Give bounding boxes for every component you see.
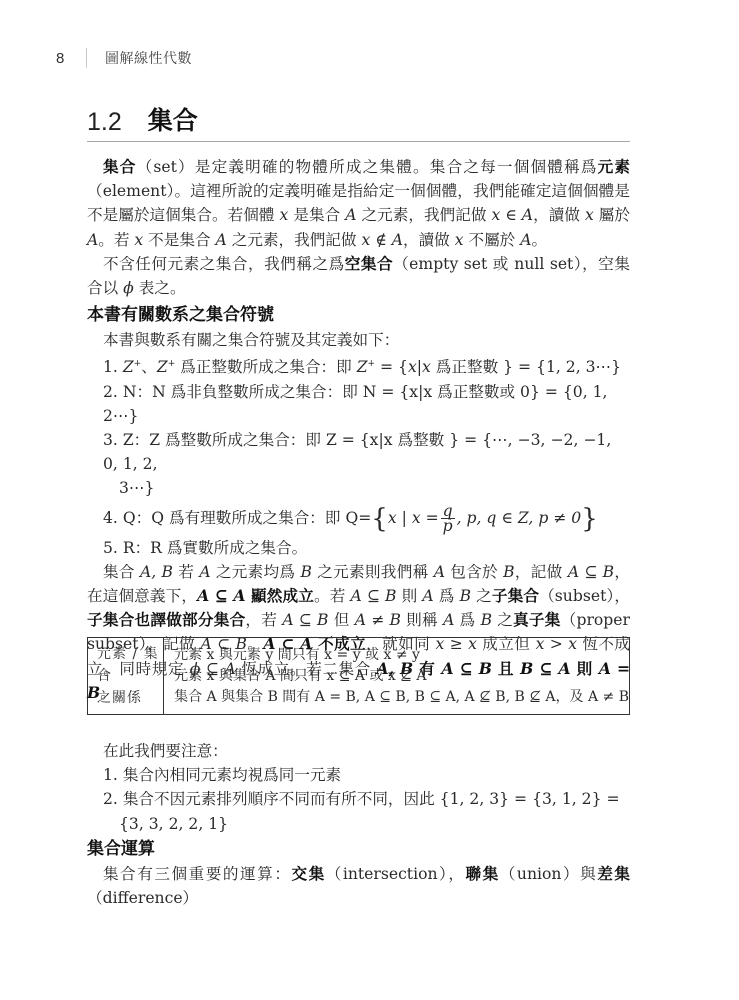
notation-item-2: 2. N：N 爲非負整數所成之集合：即 N = {x|x 爲正整數或 0} = … <box>87 380 630 428</box>
fraction: qp <box>441 504 455 533</box>
header-divider <box>86 48 87 68</box>
section-number: 1.2 <box>87 108 122 137</box>
book-title: 圖解線性代數 <box>105 48 192 68</box>
notes-item-2-cont: {3, 3, 2, 2, 1} <box>87 812 630 836</box>
running-header: 8 圖解線性代數 <box>56 47 192 69</box>
operations-heading: 集合運算 <box>87 836 630 862</box>
notation-item-3-cont: 3⋯} <box>87 476 630 500</box>
relation-row: 元素 x 與元素 y 間只有 x = y 或 x ≠ y <box>174 645 629 666</box>
notation-item-4: 4. Q：Q 爲有理數所成之集合：即 Q={x | x =qp, p, q ∈ … <box>87 501 630 536</box>
relation-table-label: 元素 / 集合 之關係 <box>88 638 164 714</box>
notes-item-2: 2. 集合不因元素排列順序不同而有所不同，因此 {1, 2, 3} = {3, … <box>87 787 630 811</box>
relation-table-content: 元素 x 與元素 y 間只有 x = y 或 x ≠ y 元素 x 與集合 A … <box>164 638 629 714</box>
operations-paragraph: 集合有三個重要的運算：交集（intersection），聯集（union）與差集… <box>87 862 630 910</box>
page-number: 8 <box>56 50 86 67</box>
notation-lead: 本書與數系有關之集合符號及其定義如下： <box>87 328 630 352</box>
notes-item-1: 1. 集合內相同元素均視爲同一元素 <box>87 763 630 787</box>
relation-row: 元素 x 與集合 A 間只有 x ⊆ A 或 x ⊈ A <box>174 666 629 687</box>
section-title: 1.2 集合 <box>87 104 630 142</box>
relation-table: 元素 / 集合 之關係 元素 x 與元素 y 間只有 x = y 或 x ≠ y… <box>87 637 630 715</box>
section-heading: 集合 <box>148 101 198 137</box>
notes-lead: 在此我們要注意： <box>87 739 630 763</box>
notation-item-5: 5. R：R 爲實數所成之集合。 <box>87 536 630 560</box>
intro-paragraph-1: 集合（set）是定義明確的物體所成之集體。集合之每一個個體稱爲元素（elemen… <box>87 155 630 252</box>
notation-item-1: 1. Z+、Z+ 爲正整數所成之集合：即 Z+ = {x|x 爲正整數 } = … <box>87 352 630 379</box>
relation-row: 集合 A 與集合 B 間有 A = B, A ⊆ B, B ⊆ A, A ⊈ B… <box>174 687 629 708</box>
notes-block: 在此我們要注意： 1. 集合內相同元素均視爲同一元素 2. 集合不因元素排列順序… <box>87 739 630 910</box>
intro-paragraph-2: 不含任何元素之集合，我們稱之爲空集合（empty set 或 null set）… <box>87 252 630 300</box>
intro-block: 集合（set）是定義明確的物體所成之集體。集合之每一個個體稱爲元素（elemen… <box>87 155 630 705</box>
notation-item-3: 3. Z：Z 爲整數所成之集合：即 Z = {x|x 爲整數 } = {⋯, −… <box>87 428 630 476</box>
notation-heading: 本書有關數系之集合符號 <box>87 302 630 328</box>
